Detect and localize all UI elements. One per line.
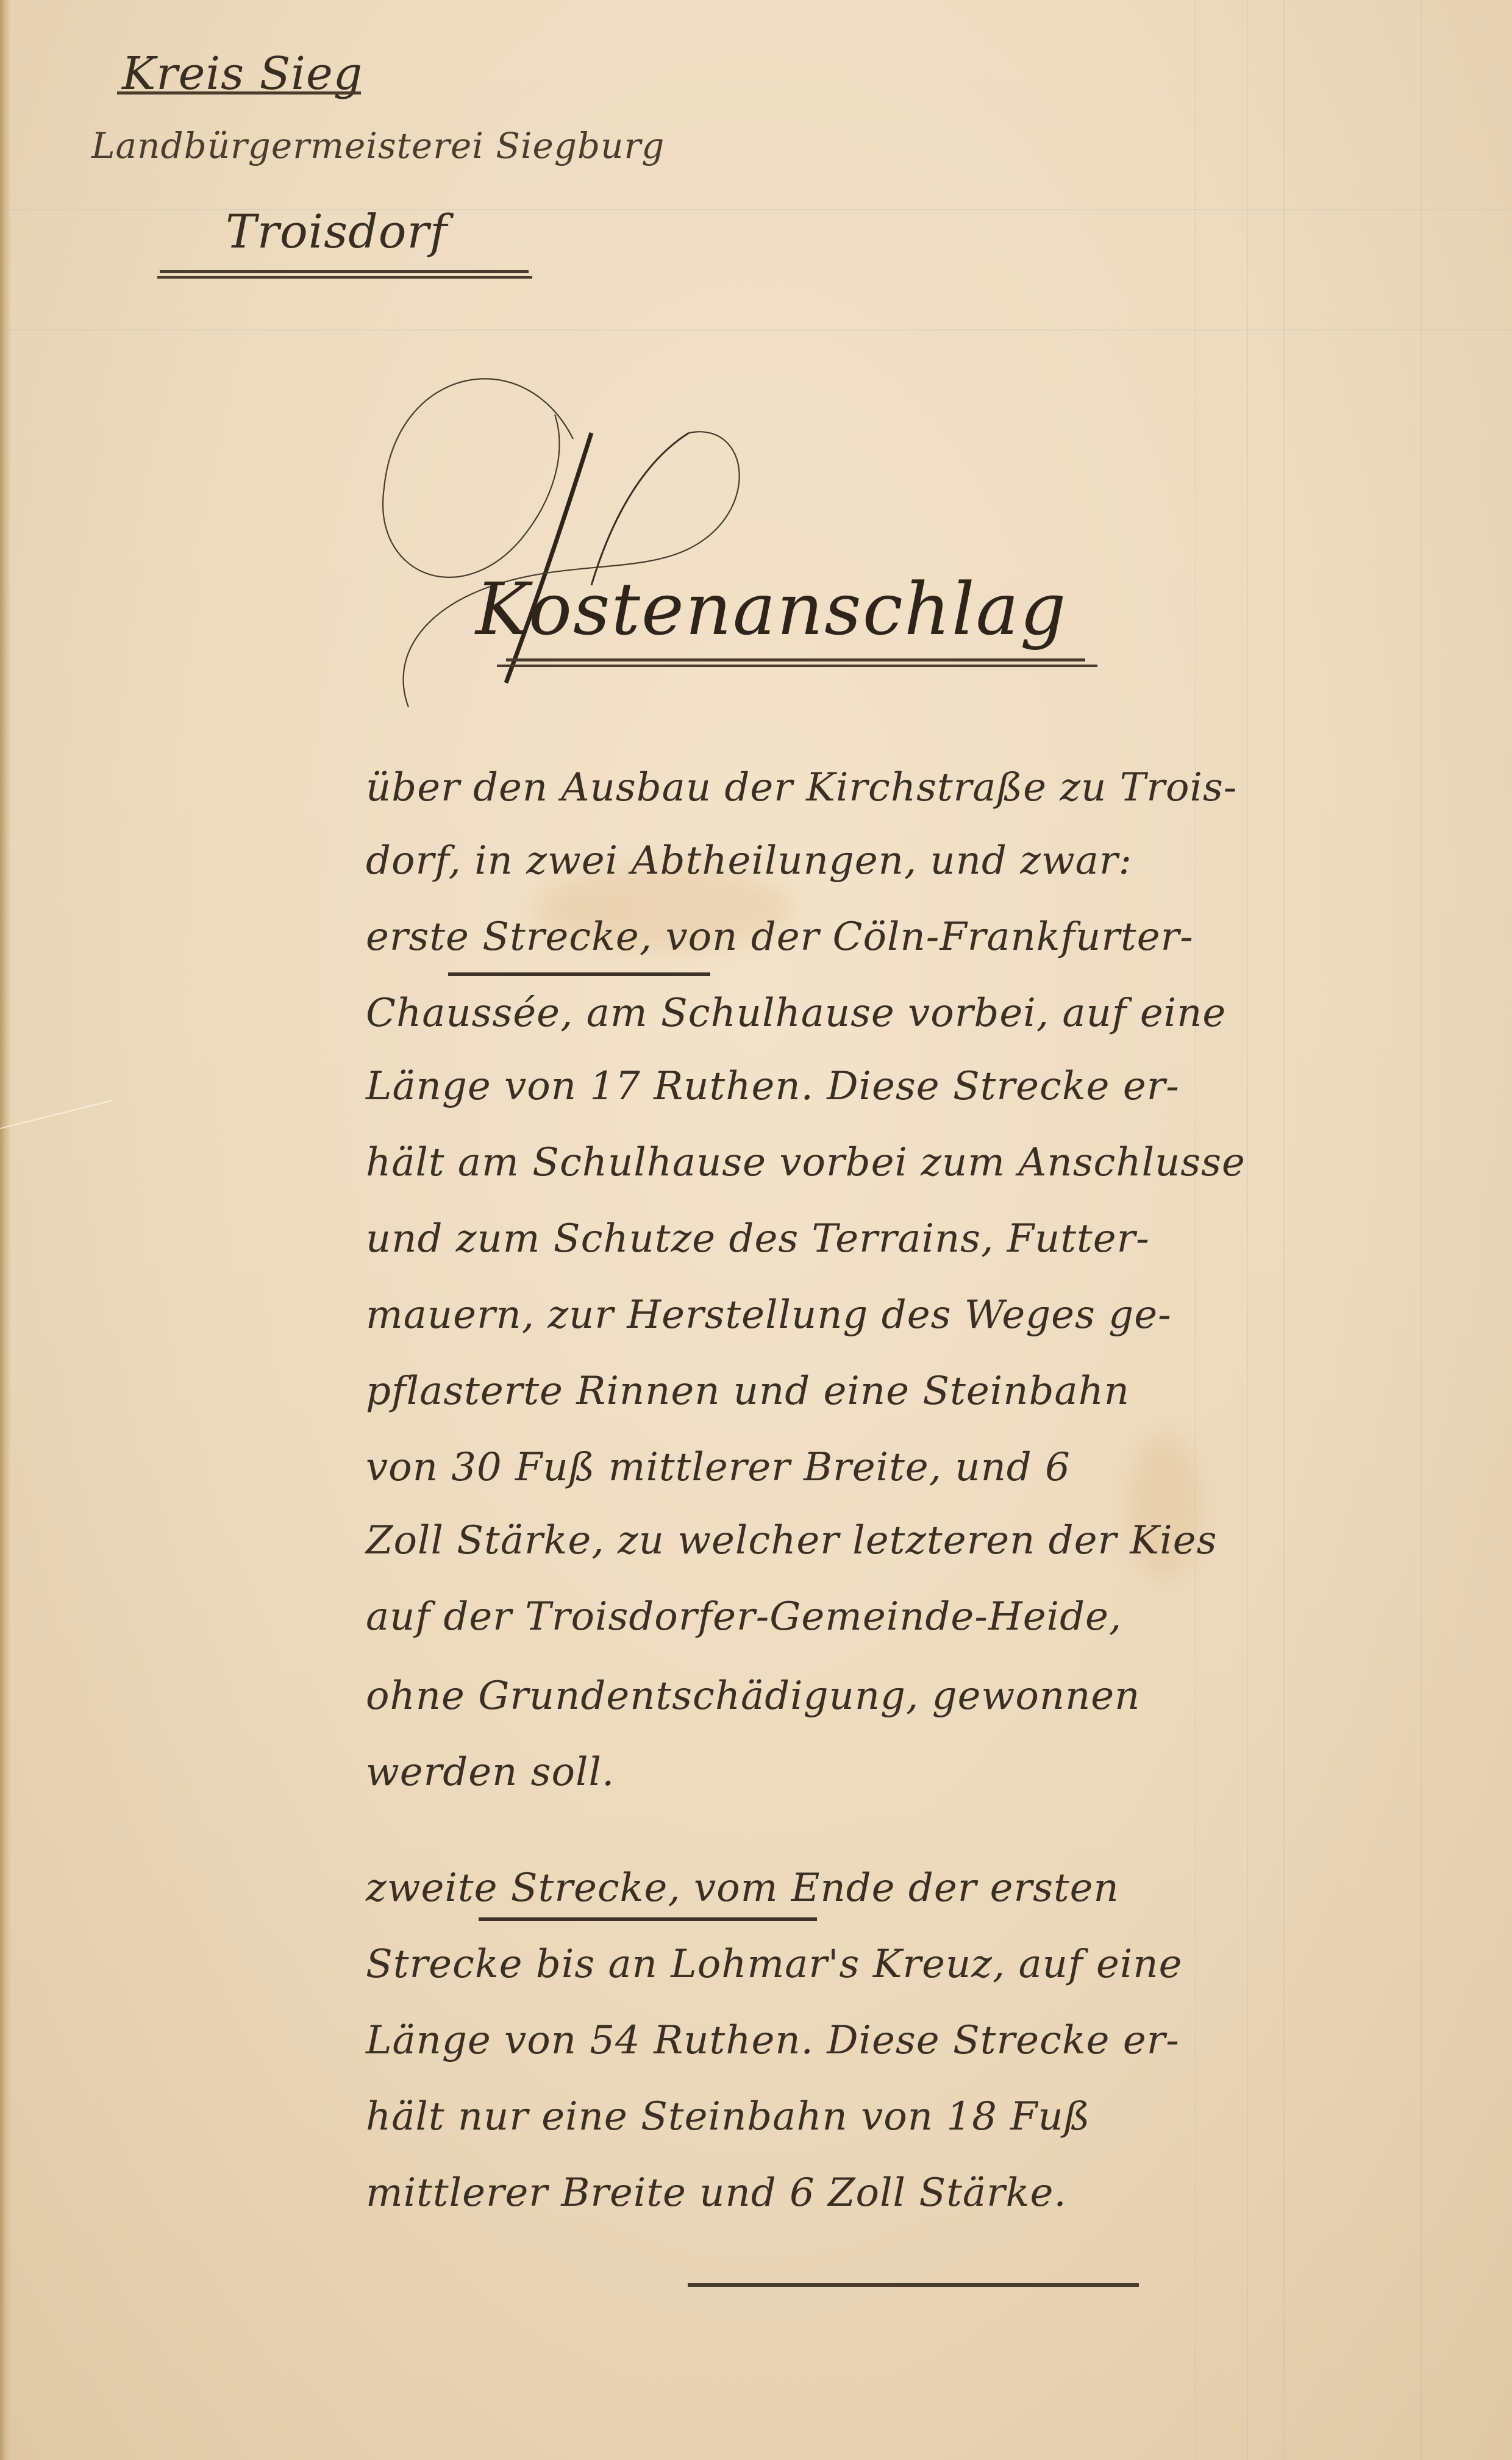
body-line: hält nur eine Steinbahn von 18 Fuß bbox=[366, 2094, 1091, 2139]
body-line: Länge von 54 Ruthen. Diese Strecke er- bbox=[366, 2018, 1180, 2063]
body-line: Strecke bis an Lohmar's Kreuz, auf eine bbox=[366, 1942, 1182, 1987]
body-line: Zoll Stärke, zu welcher letzteren der Ki… bbox=[366, 1518, 1217, 1563]
municipality-heading: Landbürgermeisterei Siegburg bbox=[91, 125, 665, 166]
locality-double-rule-bottom bbox=[157, 276, 532, 279]
body-line: von 30 Fuß mittlerer Breite, und 6 bbox=[366, 1445, 1071, 1490]
body-line: erste Strecke, von der Cöln-Frankfurter- bbox=[366, 914, 1194, 960]
title-flourish-icon bbox=[372, 366, 811, 707]
body-line: mittlerer Breite und 6 Zoll Stärke. bbox=[366, 2170, 1067, 2216]
body-line: pflasterte Rinnen und eine Steinbahn bbox=[366, 1369, 1130, 1414]
bleed-through-rule bbox=[0, 329, 1512, 330]
document-title: Kostenanschlag bbox=[476, 567, 1067, 651]
body-line: Länge von 17 Ruthen. Diese Strecke er- bbox=[366, 1064, 1180, 1109]
body-line: mauern, zur Herstellung des Weges ge- bbox=[366, 1292, 1172, 1338]
closing-rule bbox=[688, 2283, 1139, 2287]
zweite-strecke-underline bbox=[479, 1917, 817, 1921]
bleed-through-rule bbox=[1247, 0, 1248, 2460]
body-line: Chaussée, am Schulhause vorbei, auf eine bbox=[366, 991, 1226, 1036]
bleed-through-rule bbox=[1195, 0, 1196, 2460]
body-line: dorf, in zwei Abtheilungen, und zwar: bbox=[366, 838, 1132, 883]
body-line: werden soll. bbox=[366, 1750, 615, 1795]
binding-edge bbox=[0, 0, 11, 2460]
locality-heading: Troisdorf bbox=[226, 204, 448, 258]
bleed-through-rule bbox=[1283, 0, 1285, 2460]
paper-crease bbox=[0, 1100, 113, 1129]
district-underline bbox=[117, 91, 361, 94]
body-line: ohne Grundentschädigung, gewonnen bbox=[366, 1674, 1140, 1719]
body-line: und zum Schutze des Terrains, Futter- bbox=[366, 1216, 1150, 1261]
document-page: Kreis Sieg Landbürgermeisterei Siegburg … bbox=[0, 0, 1512, 2460]
body-line: auf der Troisdorfer-Gemeinde-Heide, bbox=[366, 1594, 1122, 1639]
title-double-rule-bottom bbox=[497, 665, 1097, 667]
body-line: zweite Strecke, vom Ende der ersten bbox=[366, 1866, 1119, 1911]
body-line: hält am Schulhause vorbei zum Anschlusse bbox=[366, 1140, 1246, 1185]
bleed-through-rule bbox=[1421, 0, 1422, 2460]
locality-double-rule-top bbox=[160, 270, 529, 273]
erste-strecke-underline bbox=[448, 972, 710, 976]
body-line: über den Ausbau der Kirchstraße zu Trois… bbox=[366, 765, 1237, 810]
title-double-rule-top bbox=[506, 658, 1085, 661]
